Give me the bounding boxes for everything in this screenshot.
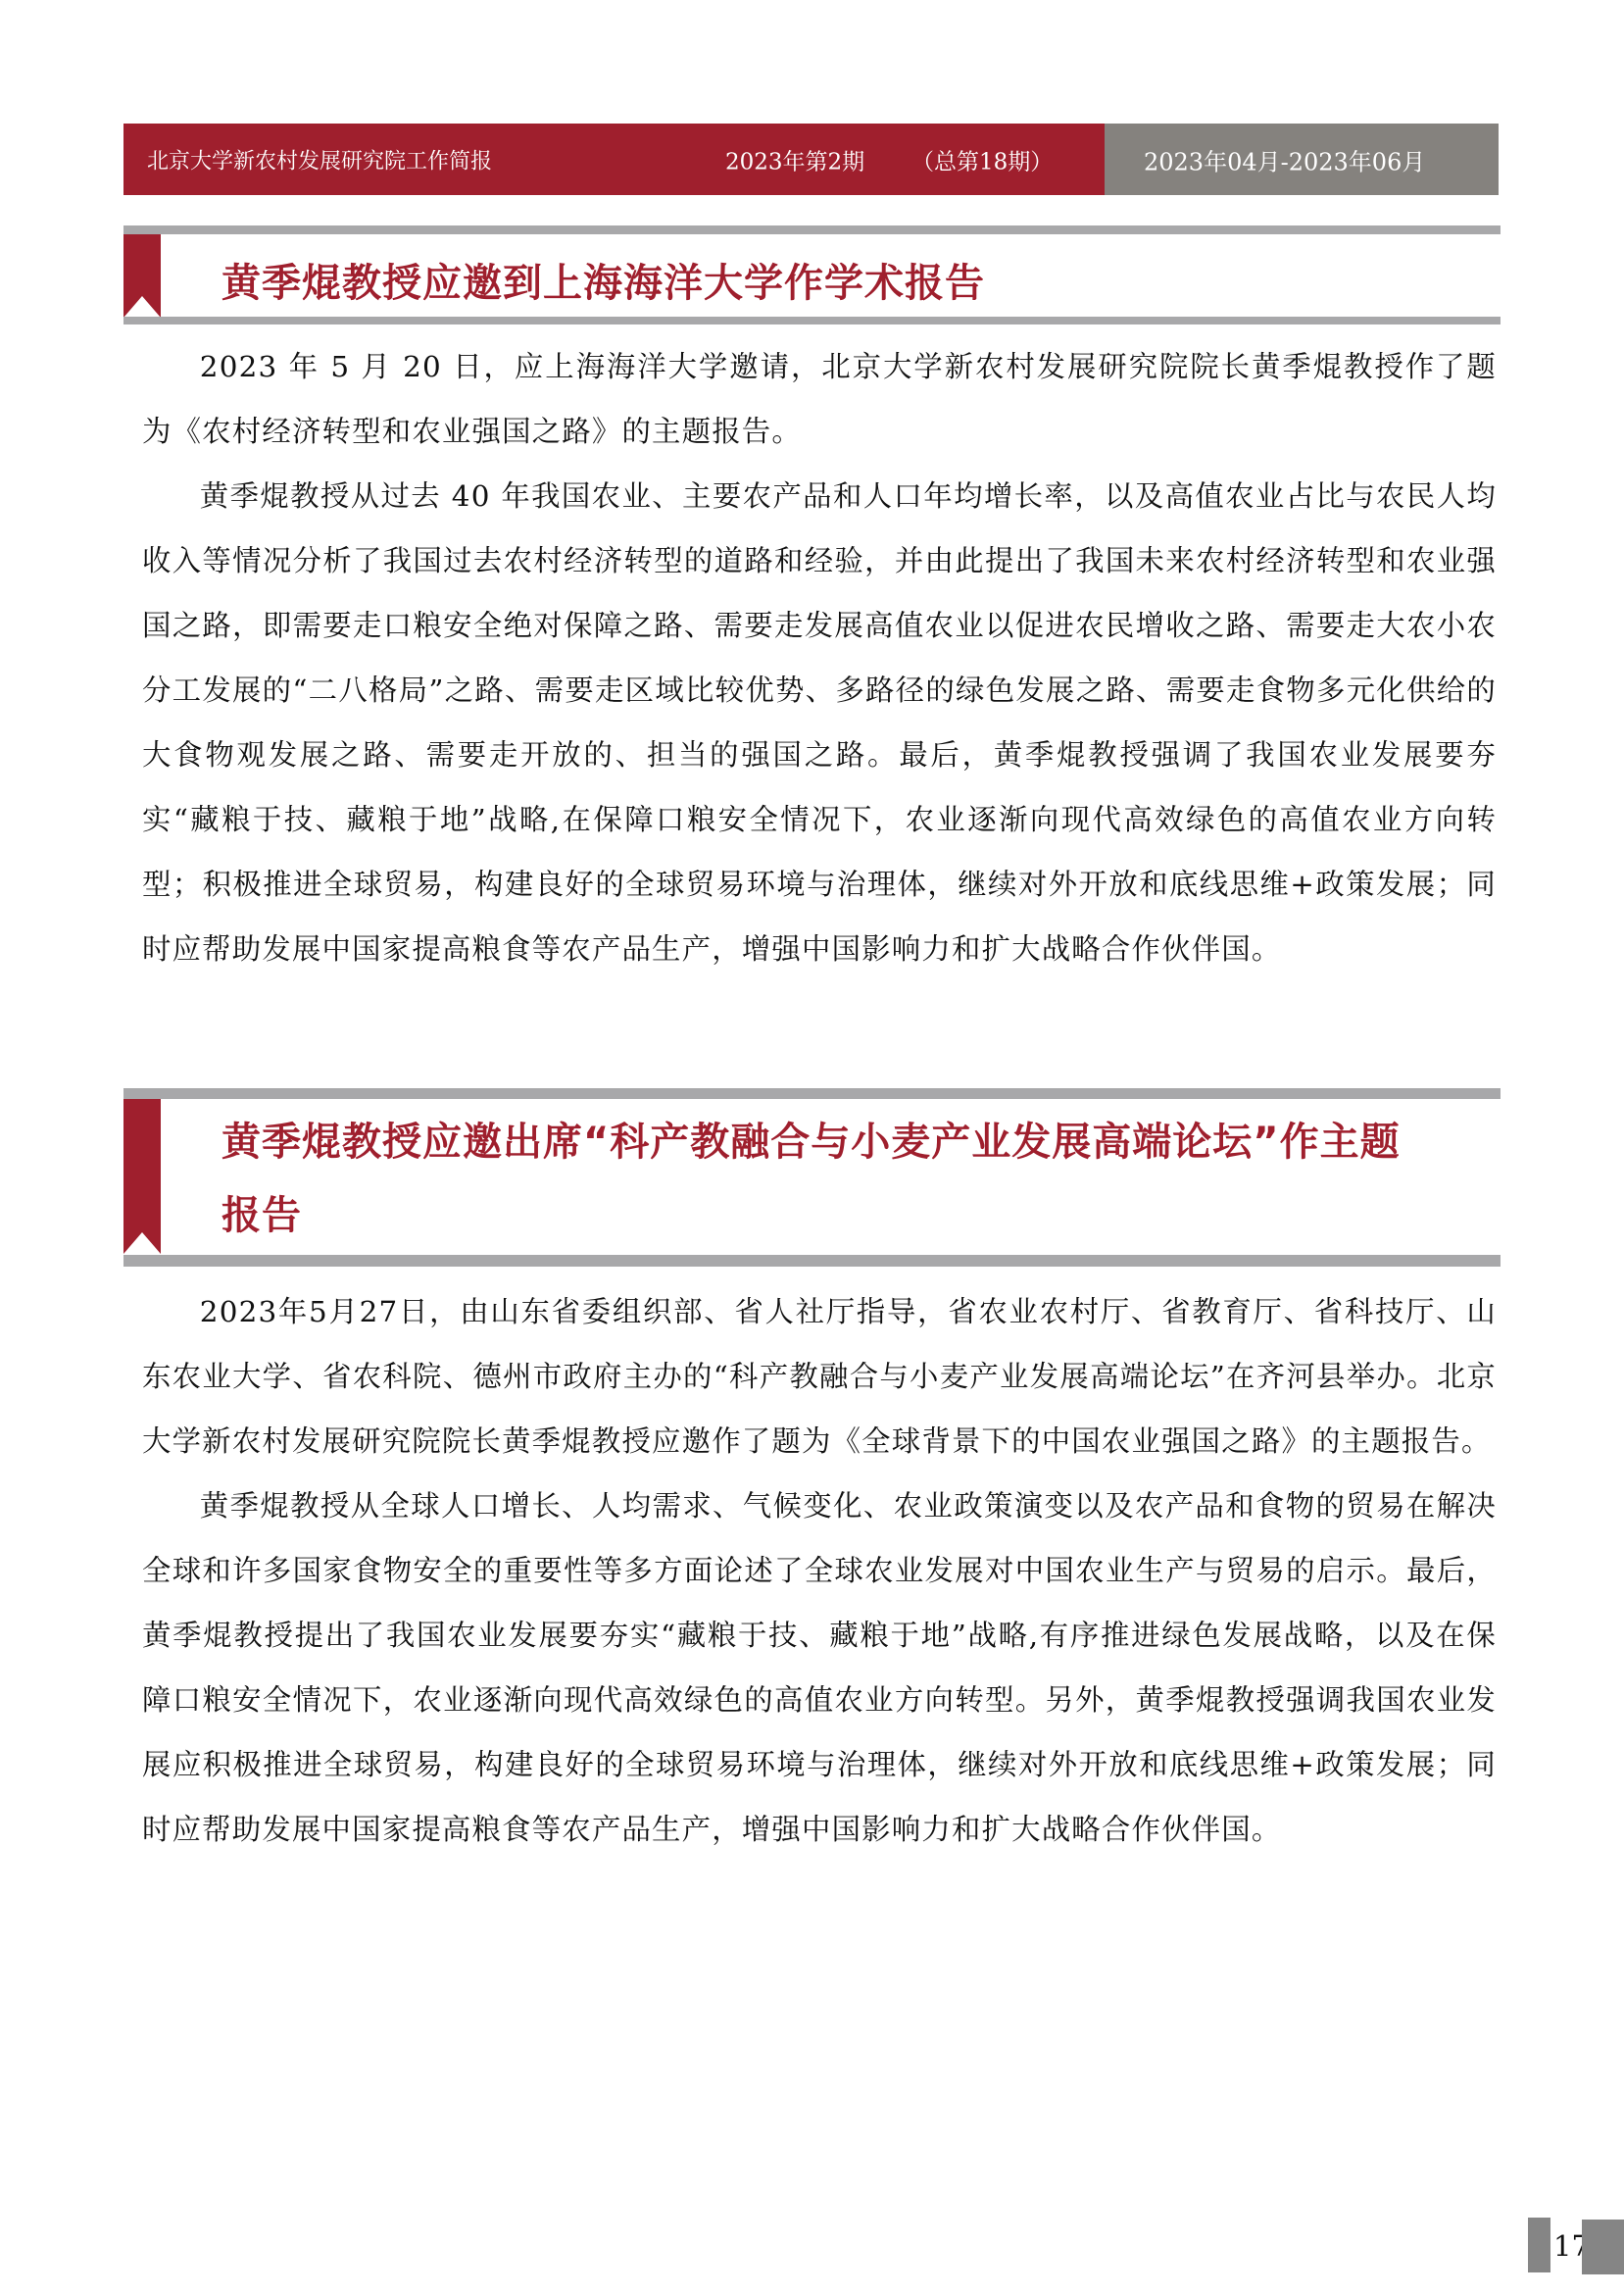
heading-rule-top (123, 1088, 1501, 1099)
publication-name: 北京大学新农村发展研究院工作简报 (147, 144, 492, 175)
running-header: 北京大学新农村发展研究院工作简报 2023年第2期 （总第18期） 2023年0… (123, 124, 1499, 195)
header-gray-band: 2023年04月-2023年06月 (1105, 124, 1499, 195)
ribbon-notch (123, 296, 161, 318)
paragraph: 黄季焜教授从全球人口增长、人均需求、气候变化、农业政策演变以及农产品和食物的贸易… (142, 1473, 1497, 1862)
paragraph: 2023 年 5 月 20 日，应上海海洋大学邀请，北京大学新农村发展研究院院长… (142, 334, 1497, 464)
bookmark-ribbon-icon (123, 234, 161, 318)
heading-rule-bottom (123, 317, 1501, 324)
article-1-heading: 黄季焜教授应邀到上海海洋大学作学术报告 (123, 225, 1501, 324)
article-1-body: 2023 年 5 月 20 日，应上海海洋大学邀请，北京大学新农村发展研究院院长… (142, 334, 1497, 981)
page-number-right-block (1582, 2220, 1624, 2274)
issue-number: 2023年第2期 (725, 143, 864, 175)
article-2-body: 2023年5月27日，由山东省委组织部、省人社厅指导，省农业农村厅、省教育厅、省… (142, 1279, 1497, 1862)
paragraph: 黄季焜教授从过去 40 年我国农业、主要农产品和人口年均增长率，以及高值农业占比… (142, 464, 1497, 981)
heading-rule-top (123, 225, 1501, 234)
article-2-heading: 黄季焜教授应邀出席“科产教融合与小麦产业发展高端论坛”作主题报告 (123, 1088, 1501, 1268)
total-issue-number: （总第18期） (911, 143, 1053, 175)
ribbon-notch (123, 1232, 161, 1254)
article-title: 黄季焜教授应邀到上海海洋大学作学术报告 (221, 247, 1501, 321)
paragraph: 2023年5月27日，由山东省委组织部、省人社厅指导，省农业农村厅、省教育厅、省… (142, 1279, 1497, 1473)
heading-rule-bottom (123, 1255, 1501, 1267)
article-title: 黄季焜教授应邀出席“科产教融合与小麦产业发展高端论坛”作主题报告 (221, 1106, 1437, 1253)
page-number-left-block (1528, 2218, 1550, 2272)
bookmark-ribbon-icon (123, 1099, 161, 1254)
date-range: 2023年04月-2023年06月 (1144, 142, 1425, 176)
header-red-band: 北京大学新农村发展研究院工作简报 2023年第2期 （总第18期） (123, 124, 1105, 195)
